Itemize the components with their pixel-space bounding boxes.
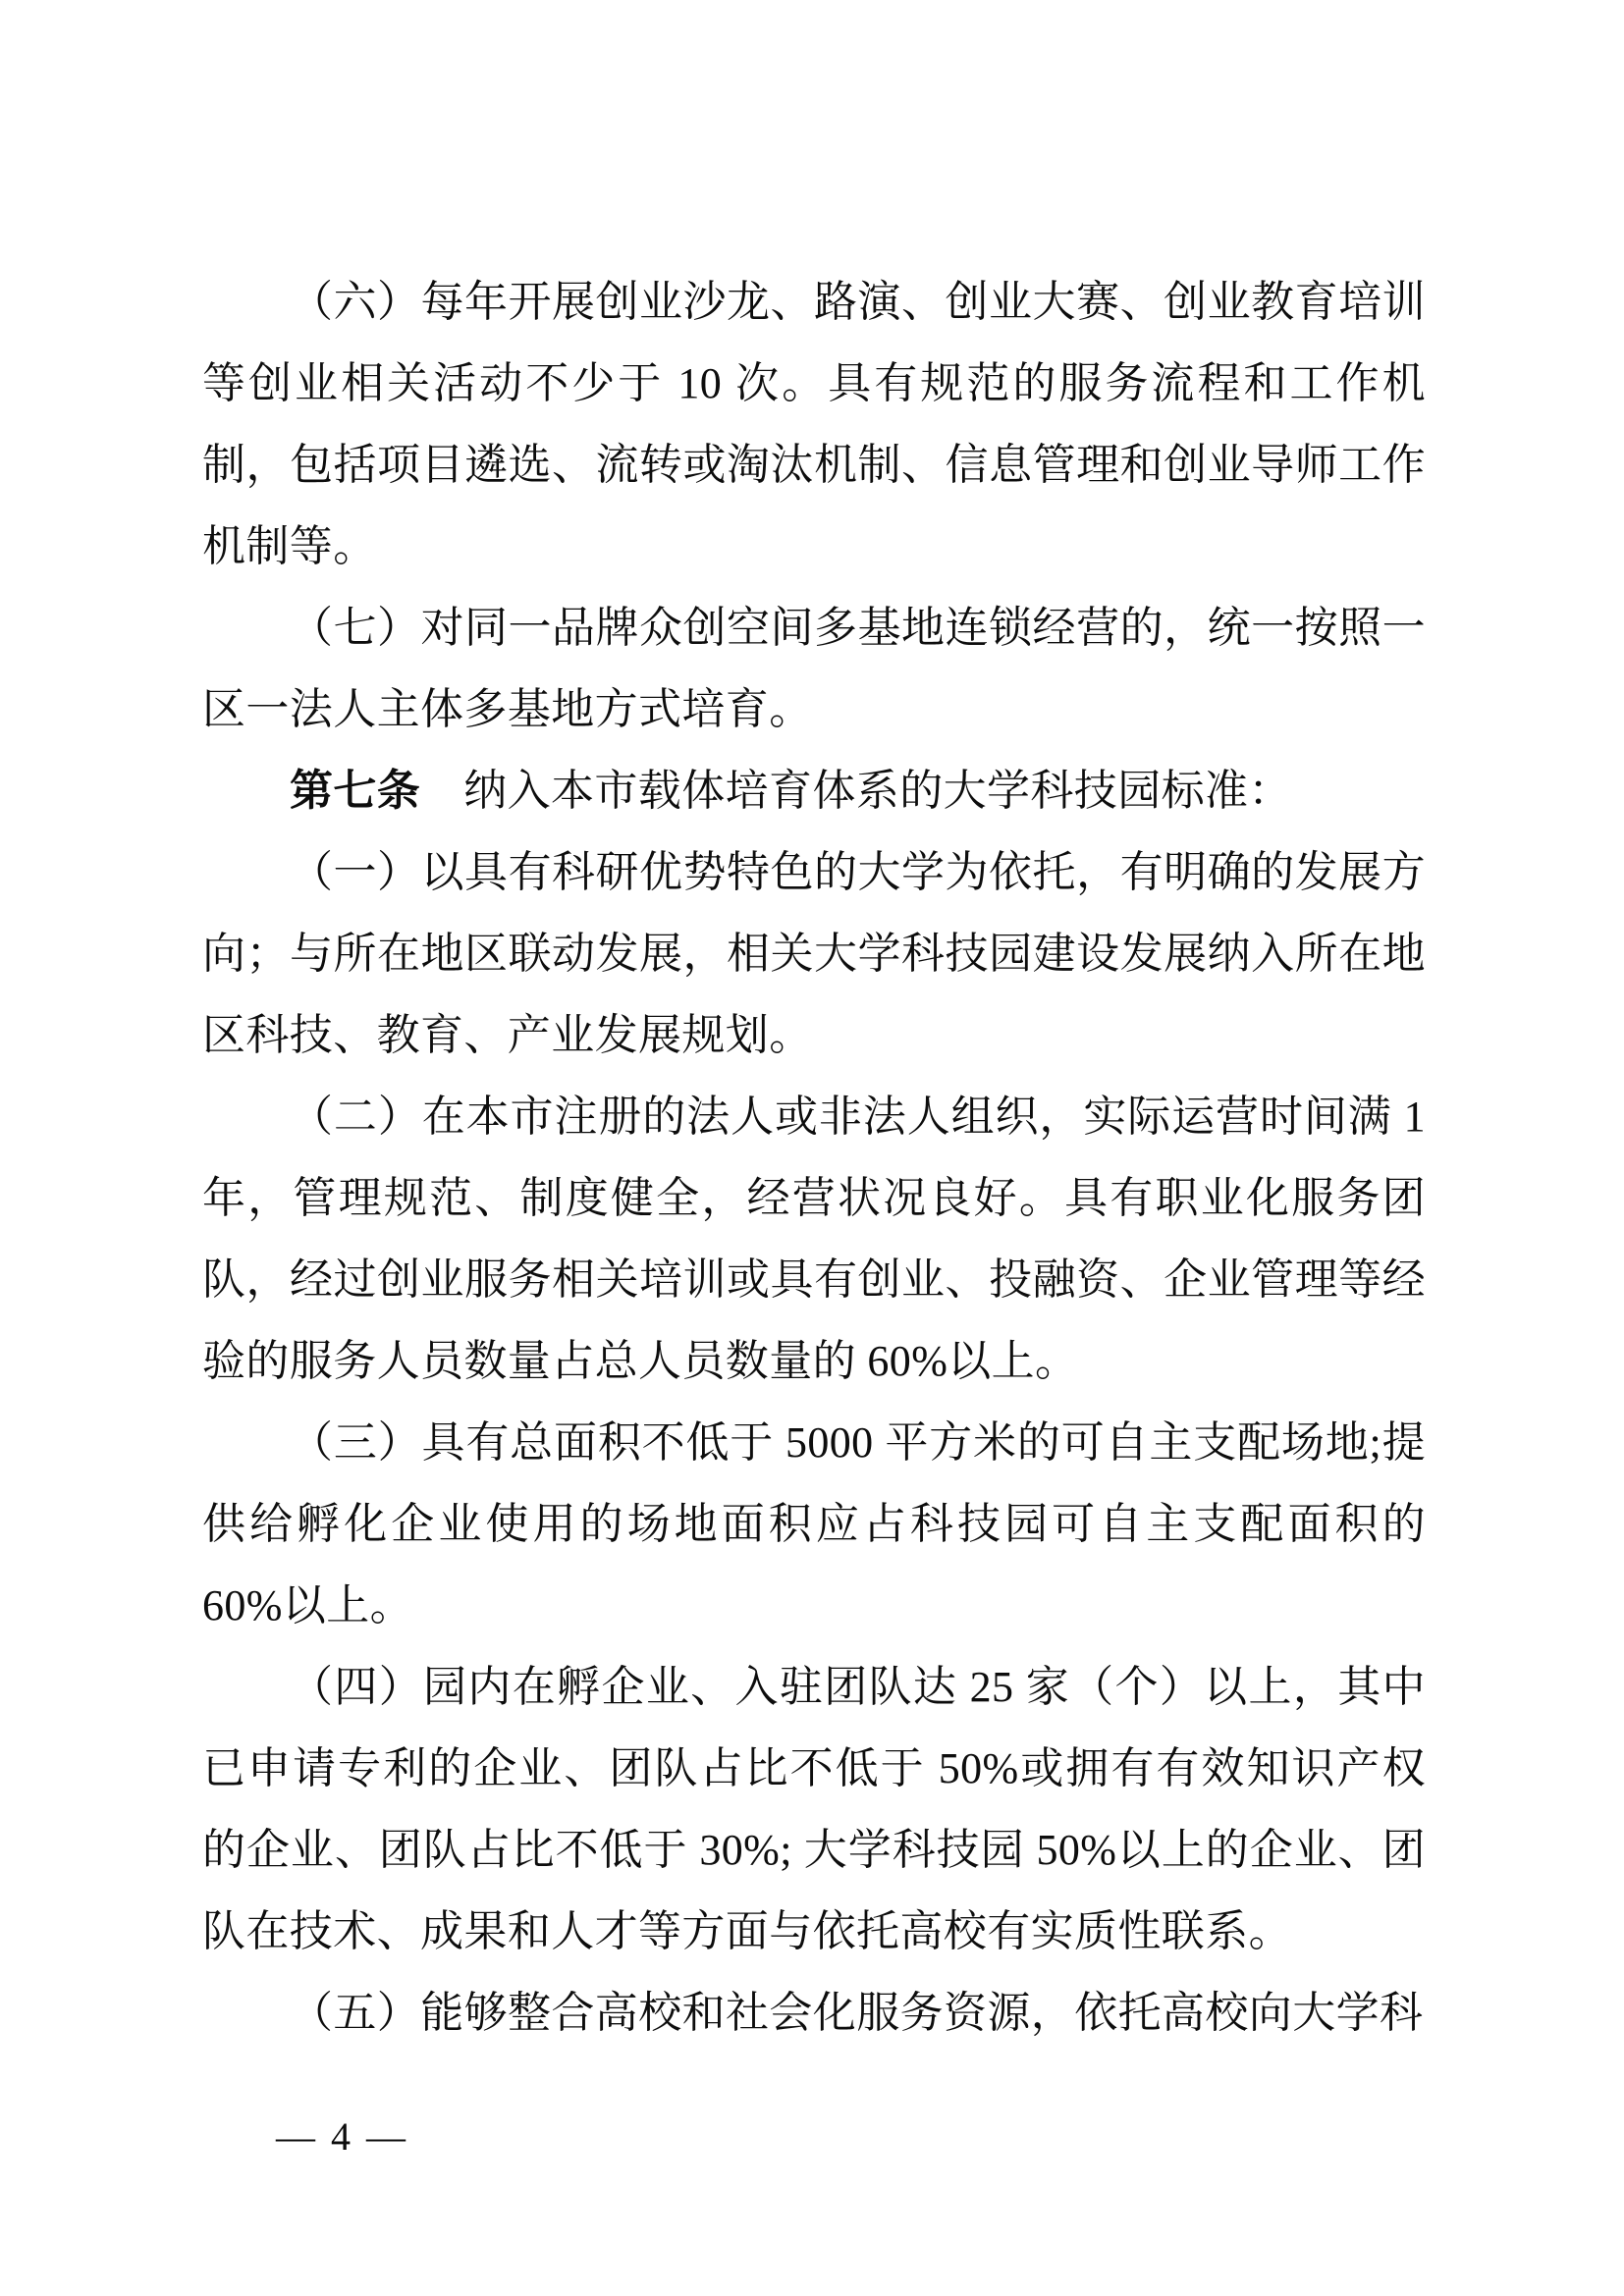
article-7-body: 纳入本市载体培育体系的大学科技园标准： — [463, 767, 1292, 815]
document-body: （六）每年开展创业沙龙、路演、创业大赛、创业教育培训等创业相关活动不少于 10 … — [202, 261, 1426, 2054]
standard-item-3: （三）具有总面积不低于 5000 平方米的可自主支配场地;提供给孵化企业使用的场… — [202, 1402, 1426, 1646]
standard-item-4: （四）园内在孵企业、入驻团队达 25 家（个）以上，其中已申请专利的企业、团队占… — [202, 1646, 1426, 1972]
standard-item-5: （五）能够整合高校和社会化服务资源，依托高校向大学科 — [202, 1972, 1426, 2054]
page-number: — 4 — — [276, 2113, 408, 2161]
standard-item-2: （二）在本市注册的法人或非法人组织，实际运营时间满 1 年，管理规范、制度健全，… — [202, 1076, 1426, 1402]
article-7-paragraph: 第七条纳入本市载体培育体系的大学科技园标准： — [202, 750, 1426, 831]
clause-item-7: （七）对同一品牌众创空间多基地连锁经营的，统一按照一区一法人主体多基地方式培育。 — [202, 587, 1426, 750]
document-page: （六）每年开展创业沙龙、路演、创业大赛、创业教育培训等创业相关活动不少于 10 … — [0, 0, 1624, 2296]
standard-item-1: （一）以具有科研优势特色的大学为依托，有明确的发展方向；与所在地区联动发展，相关… — [202, 831, 1426, 1076]
article-7-heading: 第七条 — [290, 767, 420, 815]
clause-item-6: （六）每年开展创业沙龙、路演、创业大赛、创业教育培训等创业相关活动不少于 10 … — [202, 261, 1426, 587]
